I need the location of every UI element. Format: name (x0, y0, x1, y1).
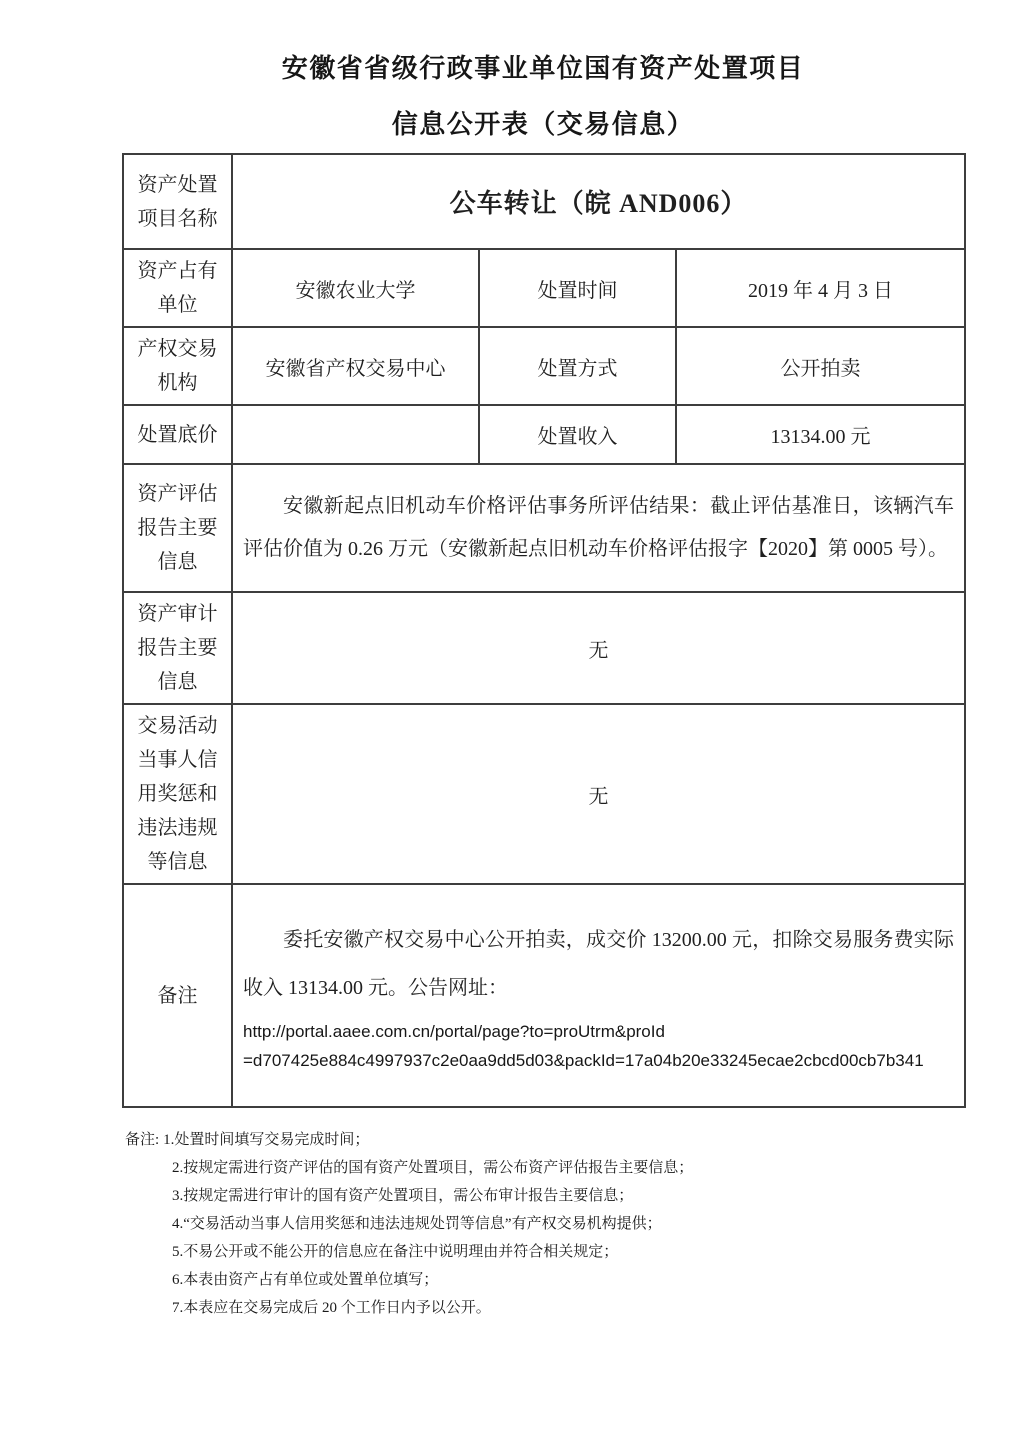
disposal-method-label: 处置方式 (479, 327, 676, 405)
footnotes-label: 备注: (125, 1132, 159, 1148)
row-audit-report: 资产审计报告主要信息 无 (123, 592, 965, 704)
footnote-item: 备注:1.处置时间填写交易完成时间； (125, 1126, 964, 1154)
disposal-method-value: 公开拍卖 (676, 327, 965, 405)
disposal-time-value: 2019 年 4 月 3 日 (676, 249, 965, 327)
disposal-time-label: 处置时间 (479, 249, 676, 327)
exchange-agency-label: 产权交易机构 (123, 327, 232, 405)
row-remark: 备注 委托安徽产权交易中心公开拍卖，成交价 13200.00 元，扣除交易服务费… (123, 884, 965, 1107)
footnote-item: 5.不易公开或不能公开的信息应在备注中说明理由并符合相关规定； (125, 1238, 964, 1266)
remark-text: 委托安徽产权交易中心公开拍卖，成交价 13200.00 元，扣除交易服务费实际收… (243, 916, 954, 1012)
footnote-item: 4.“交易活动当事人信用奖惩和违法违规处罚等信息”有产权交易机构提供； (125, 1210, 964, 1238)
row-exchange-agency: 产权交易机构 安徽省产权交易中心 处置方式 公开拍卖 (123, 327, 965, 405)
exchange-agency-value: 安徽省产权交易中心 (232, 327, 479, 405)
footnote-item: 6.本表由资产占有单位或处置单位填写； (125, 1266, 964, 1294)
project-name-label: 资产处置项目名称 (123, 154, 232, 249)
footnote-item: 2.按规定需进行资产评估的国有资产处置项目，需公布资产评估报告主要信息； (125, 1154, 964, 1182)
row-appraisal-report: 资产评估报告主要信息 安徽新起点旧机动车价格评估事务所评估结果：截止评估基准日，… (123, 464, 965, 592)
document-page: 安徽省省级行政事业单位国有资产处置项目 信息公开表（交易信息） 资产处置项目名称… (122, 0, 964, 1322)
audit-report-label: 资产审计报告主要信息 (123, 592, 232, 704)
audit-report-value: 无 (232, 592, 965, 704)
row-reserve-price: 处置底价 处置收入 13134.00 元 (123, 405, 965, 464)
appraisal-report-value: 安徽新起点旧机动车价格评估事务所评估结果：截止评估基准日，该辆汽车评估价值为 0… (232, 464, 965, 592)
project-name-value: 公车转让（皖 AND006） (232, 154, 965, 249)
appraisal-report-text: 安徽新起点旧机动车价格评估事务所评估结果：截止评估基准日，该辆汽车评估价值为 0… (243, 485, 954, 571)
reserve-price-label: 处置底价 (123, 405, 232, 464)
footnote-item: 7.本表应在交易完成后 20 个工作日内予以公开。 (125, 1294, 964, 1322)
announcement-url-line-2: =d707425e884c4997937c2e0aa9dd5d03&packId… (243, 1047, 954, 1076)
footnote-item: 3.按规定需进行审计的国有资产处置项目，需公布审计报告主要信息； (125, 1182, 964, 1210)
footnote-text: 1.处置时间填写交易完成时间； (163, 1132, 369, 1148)
remark-label: 备注 (123, 884, 232, 1107)
info-table: 资产处置项目名称 公车转让（皖 AND006） 资产占有单位 安徽农业大学 处置… (122, 153, 966, 1108)
disposal-income-value: 13134.00 元 (676, 405, 965, 464)
remark-value: 委托安徽产权交易中心公开拍卖，成交价 13200.00 元，扣除交易服务费实际收… (232, 884, 965, 1107)
credit-info-label: 交易活动当事人信用奖惩和违法违规等信息 (123, 704, 232, 884)
row-project-name: 资产处置项目名称 公车转让（皖 AND006） (123, 154, 965, 249)
asset-holder-value: 安徽农业大学 (232, 249, 479, 327)
footnotes: 备注:1.处置时间填写交易完成时间； 2.按规定需进行资产评估的国有资产处置项目… (122, 1126, 964, 1322)
reserve-price-value (232, 405, 479, 464)
credit-info-value: 无 (232, 704, 965, 884)
row-asset-holder: 资产占有单位 安徽农业大学 处置时间 2019 年 4 月 3 日 (123, 249, 965, 327)
announcement-url-line-1: http://portal.aaee.com.cn/portal/page?to… (243, 1018, 954, 1047)
page-title: 安徽省省级行政事业单位国有资产处置项目 (122, 52, 964, 86)
appraisal-report-label: 资产评估报告主要信息 (123, 464, 232, 592)
asset-holder-label: 资产占有单位 (123, 249, 232, 327)
row-credit-info: 交易活动当事人信用奖惩和违法违规等信息 无 (123, 704, 965, 884)
disposal-income-label: 处置收入 (479, 405, 676, 464)
page-subtitle: 信息公开表（交易信息） (122, 108, 964, 142)
